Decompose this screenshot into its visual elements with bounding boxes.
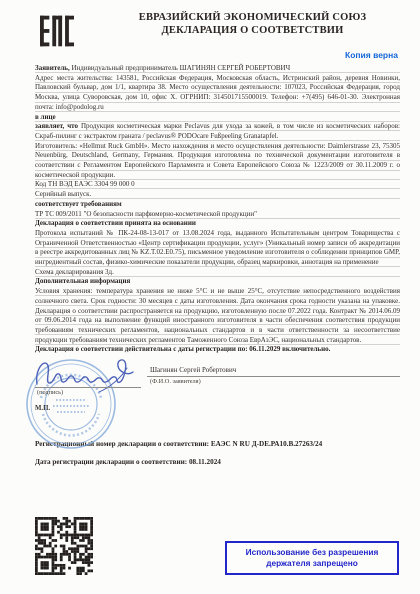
serial-release-line: Серийный выпуск. (35, 190, 400, 200)
complies-label: соответствует требованиям (35, 200, 400, 210)
scheme-line: Схема декларирования 3д. (35, 268, 400, 278)
basis-label: Декларация о соответствии принята на осн… (35, 219, 400, 229)
signature-line (35, 387, 141, 388)
usage-restriction-notice: Использование без разрешения держателя з… (225, 541, 399, 575)
address-line: Адрес места жительства: 143581, Российск… (35, 74, 400, 113)
declares-label: заявляет, что (35, 122, 78, 130)
applicant-value: Индивидуальный предприниматель ШАГИНЯН С… (71, 64, 290, 72)
registration-date-line: Дата регистрации декларации о соответств… (35, 458, 400, 466)
in-person-line: в лице (35, 113, 400, 123)
technical-regulation-line: ТР ТС 009/2011 "О безопасности парфюмерн… (35, 210, 400, 220)
additional-info-value: Условия хранения: температура хранения н… (35, 287, 400, 345)
applicant-fio-block: Шагинян Сергей Робертович (Ф.И.О. заявит… (147, 366, 400, 385)
signature-block: (подпись) М.П. Шагинян Сергей Робертович… (35, 358, 400, 438)
signature-caption: (подпись) (37, 389, 63, 396)
applicant-fio: Шагинян Сергей Робертович (147, 366, 400, 377)
union-title: ЕВРАЗИЙСКИЙ ЭКОНОМИЧЕСКИЙ СОЮЗ (105, 12, 400, 25)
applicant-label: Заявитель, (35, 64, 70, 72)
registration-number-value: ЕАЭС N RU Д-DE.РА10.В.27263/24 (211, 440, 322, 448)
basis-value: Протокола испытаний № ПК-24-08-13-017 от… (35, 229, 400, 268)
product-description: Продукция косметическая марки Peclavus д… (35, 122, 400, 140)
document-header: ЕВРАЗИЙСКИЙ ЭКОНОМИЧЕСКИЙ СОЮЗ ДЕКЛАРАЦИ… (35, 12, 400, 64)
applicant-line: Заявитель, Индивидуальный предпринимател… (35, 64, 400, 74)
in-person-label: в лице (35, 113, 56, 121)
document-title: ДЕКЛАРАЦИЯ О СООТВЕТСТВИИ (105, 25, 400, 38)
document-body: Заявитель, Индивидуальный предпринимател… (35, 64, 400, 355)
fio-caption: (Ф.И.О. заявителя) (147, 377, 400, 385)
declaration-document: ЕВРАЗИЙСКИЙ ЭКОНОМИЧЕСКИЙ СОЮЗ ДЕКЛАРАЦИ… (0, 0, 420, 594)
manufacturer-line: Изготовитель: «Hellmut Ruck GmbH». Место… (35, 142, 400, 181)
declares-line: заявляет, что Продукция косметическая ма… (35, 122, 400, 141)
tnved-code-line: Код ТН ВЭД ЕАЭС 3304 99 000 0 (35, 180, 400, 190)
eac-logo-icon (40, 15, 74, 47)
stamp-place-label: М.П. (35, 405, 50, 412)
copy-verified-mark: Копия верна (345, 50, 398, 60)
qr-code (35, 517, 93, 580)
additional-info-label: Дополнительная информация (35, 277, 400, 287)
registration-date-value: 08.11.2024 (189, 458, 221, 466)
